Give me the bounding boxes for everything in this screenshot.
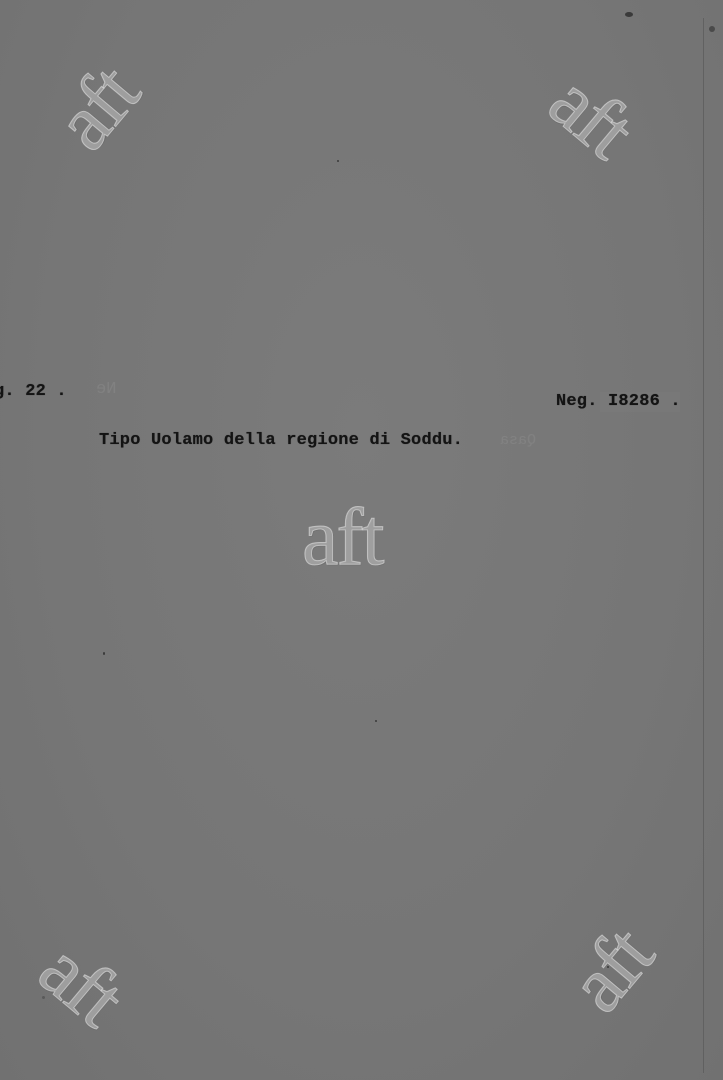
show-through-text: Qasa (500, 432, 536, 449)
watermark-center: aft (302, 496, 382, 578)
figure-number-label: g. 22 . (0, 382, 67, 401)
page-edge-line (703, 18, 704, 1073)
ink-speck (103, 652, 105, 655)
ink-speck (375, 720, 377, 722)
ink-speck (709, 26, 715, 32)
ink-speck (625, 12, 633, 17)
watermark-top-right: aft (535, 60, 646, 172)
photo-caption: Tipo Uolamo della regione di Soddu. (99, 431, 463, 450)
watermark-bottom-right: aft (555, 914, 667, 1025)
negative-number-label: Neg. I8286 . (556, 392, 681, 411)
watermark-top-left: aft (41, 52, 153, 163)
watermark-bottom-left: aft (25, 928, 136, 1040)
scanned-document-page: aft aft aft aft aft Ne Qasa g. 22 . Neg.… (0, 0, 723, 1080)
ink-speck (337, 160, 339, 162)
show-through-text: Ne (96, 380, 116, 399)
